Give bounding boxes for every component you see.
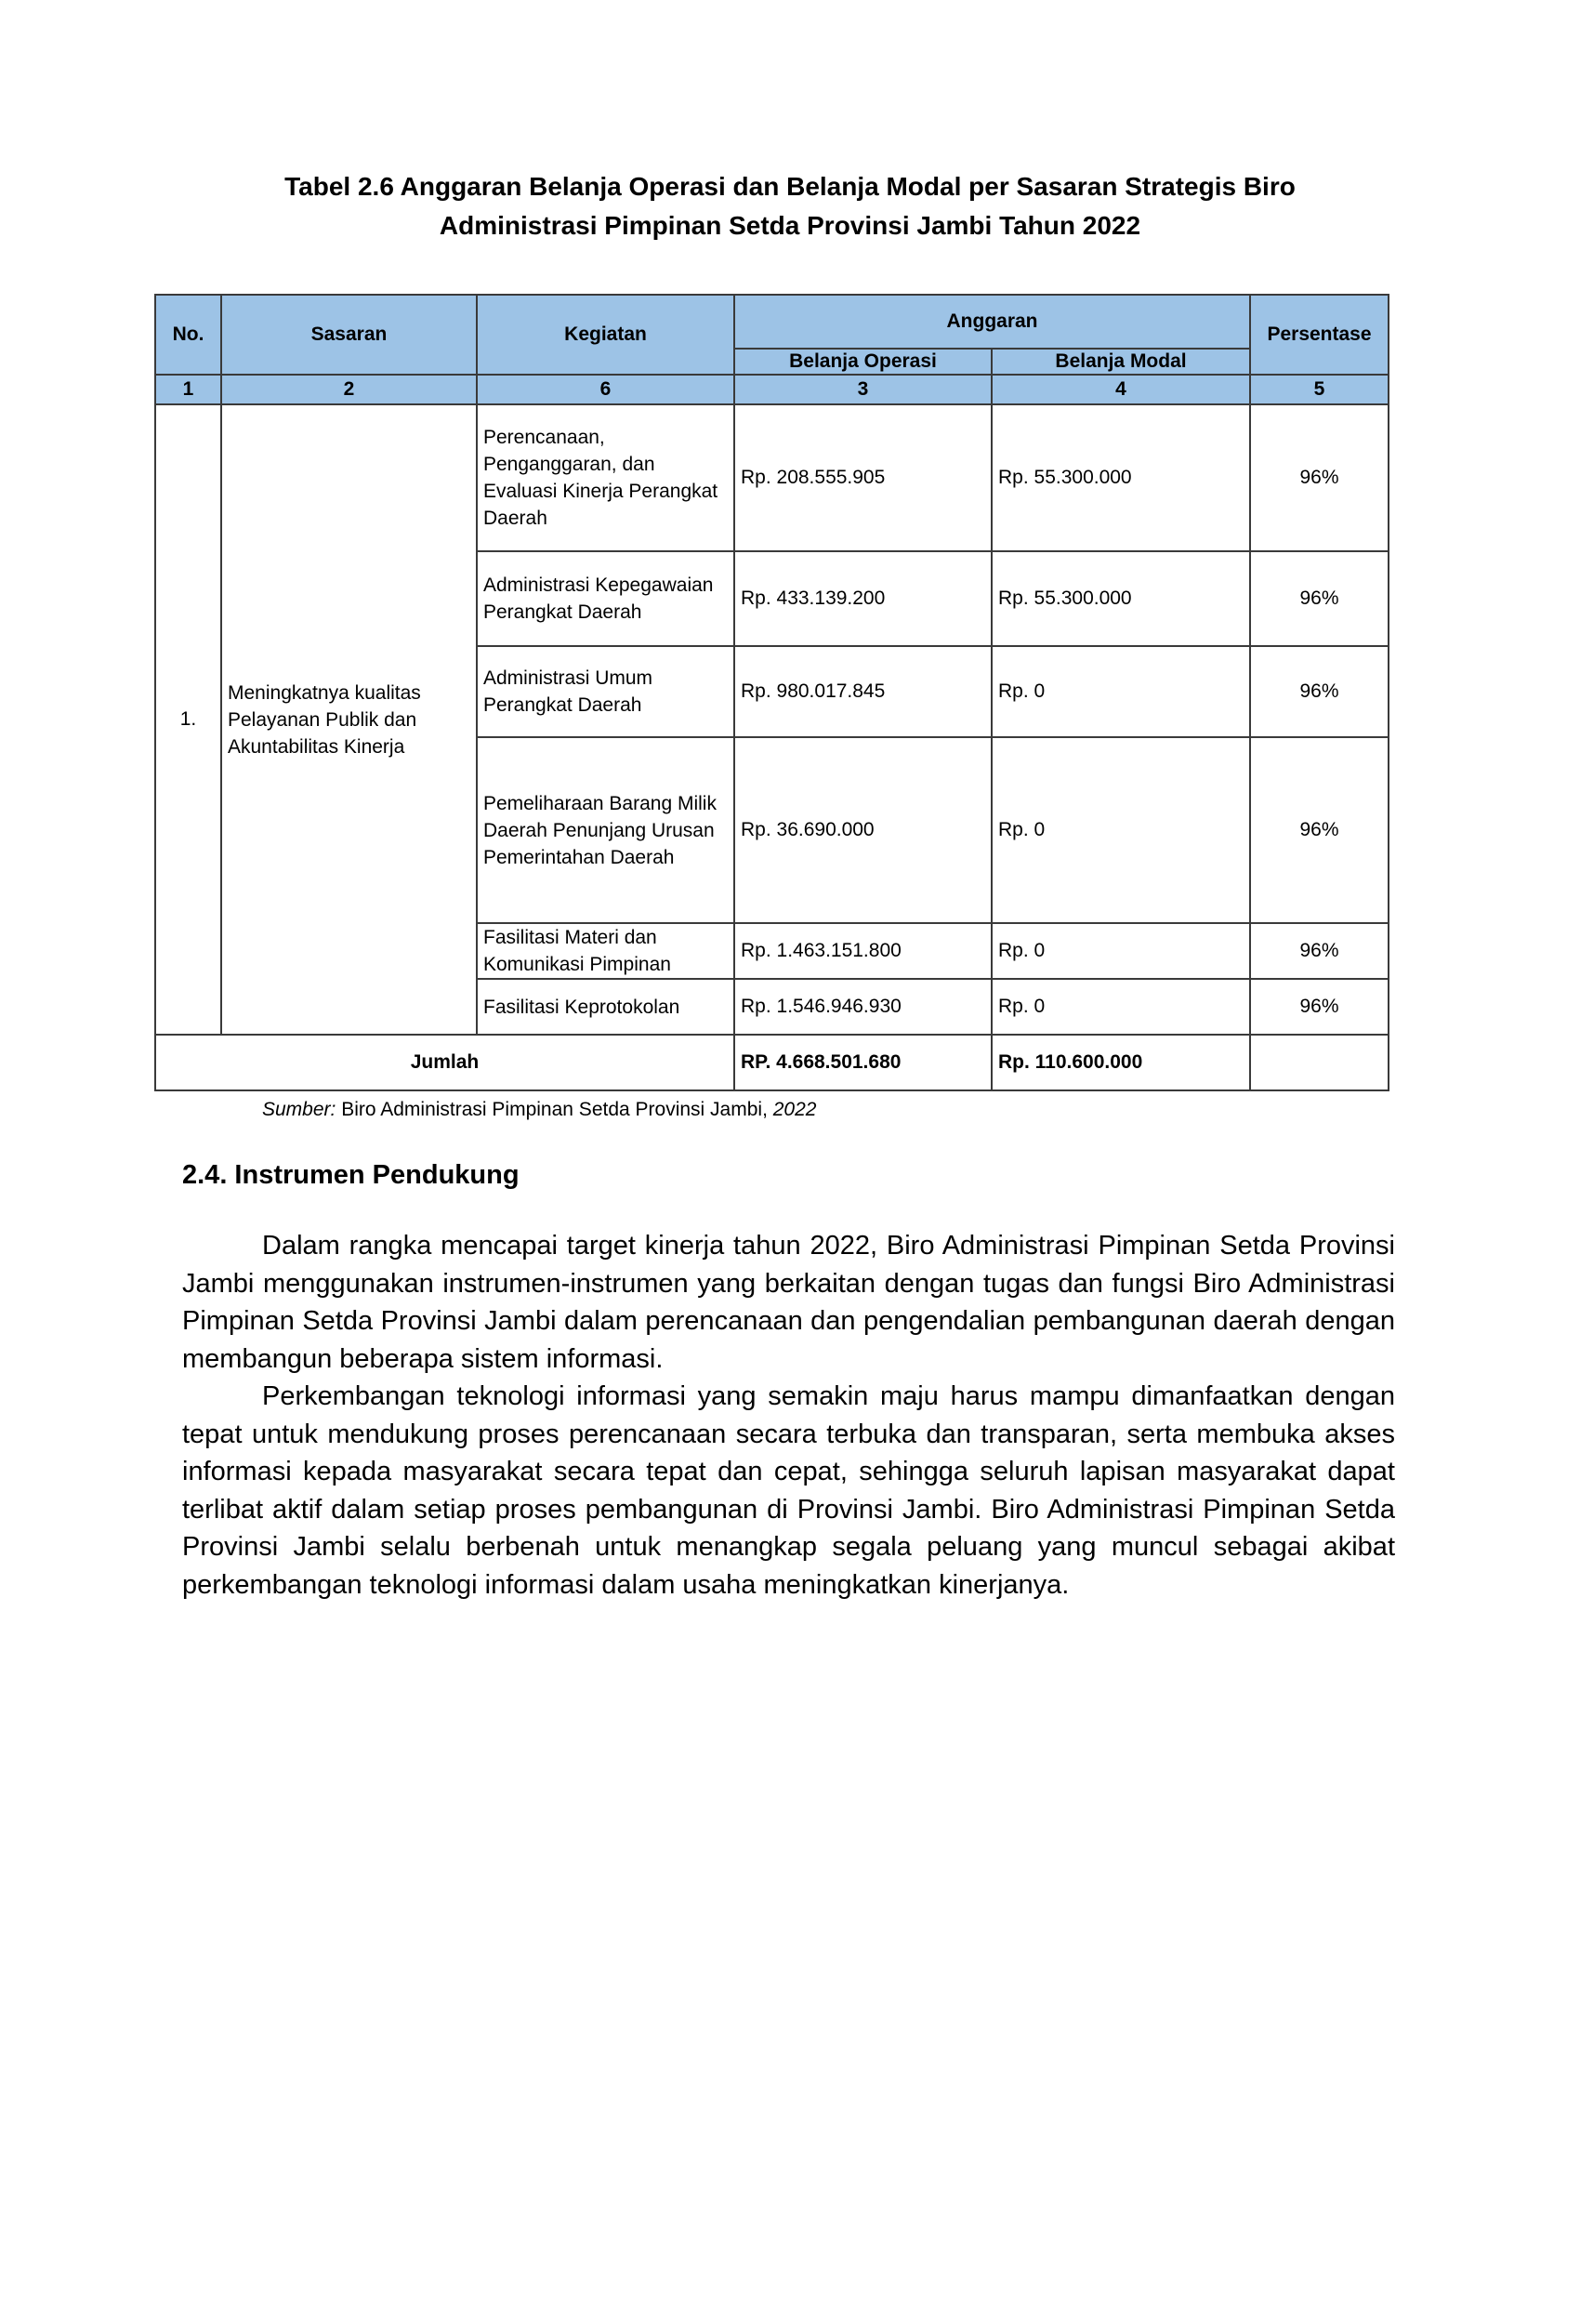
header-kegiatan: Kegiatan [477, 295, 734, 375]
belanja-operasi-cell: Rp. 36.690.000 [734, 737, 992, 923]
table-caption-line-1: Tabel 2.6 Anggaran Belanja Operasi dan B… [186, 167, 1394, 206]
belanja-operasi-cell: Rp. 1.546.946.930 [734, 979, 992, 1035]
total-persentase [1250, 1035, 1389, 1090]
column-number: 3 [734, 375, 992, 404]
section-heading: 2.4. Instrumen Pendukung [182, 1160, 520, 1191]
section-body: Dalam rangka mencapai target kinerja tah… [182, 1227, 1395, 1604]
belanja-operasi-cell: Rp. 208.555.905 [734, 404, 992, 551]
header-no: No. [155, 295, 221, 375]
kegiatan-cell: Administrasi Kepegawaian Perangkat Daera… [477, 551, 734, 646]
persentase-cell: 96% [1250, 551, 1389, 646]
table-row: 1. Meningkatnya kualitas Pelayanan Publi… [155, 404, 1389, 551]
belanja-modal-cell: Rp. 0 [992, 646, 1250, 737]
budget-table: No. Sasaran Kegiatan Anggaran Persentase… [154, 294, 1389, 1091]
table-caption-line-2: Administrasi Pimpinan Setda Provinsi Jam… [186, 206, 1394, 245]
belanja-operasi-cell: Rp. 433.139.200 [734, 551, 992, 646]
total-label: Jumlah [155, 1035, 734, 1090]
belanja-modal-cell: Rp. 0 [992, 979, 1250, 1035]
kegiatan-cell: Fasilitasi Materi dan Komunikasi Pimpina… [477, 923, 734, 979]
column-number: 2 [221, 375, 477, 404]
row-number: 1. [155, 404, 221, 1035]
source-year: 2022 [773, 1099, 817, 1120]
persentase-cell: 96% [1250, 923, 1389, 979]
total-row: Jumlah RP. 4.668.501.680 Rp. 110.600.000 [155, 1035, 1389, 1090]
belanja-operasi-cell: Rp. 980.017.845 [734, 646, 992, 737]
header-anggaran: Anggaran [734, 295, 1250, 349]
header-belanja-operasi: Belanja Operasi [734, 349, 992, 375]
total-belanja-operasi: RP. 4.668.501.680 [734, 1035, 992, 1090]
paragraph: Perkembangan teknologi informasi yang se… [182, 1378, 1395, 1604]
header-row: No. Sasaran Kegiatan Anggaran Persentase [155, 295, 1389, 349]
kegiatan-cell: Perencanaan, Penganggaran, dan Evaluasi … [477, 404, 734, 551]
belanja-modal-cell: Rp. 55.300.000 [992, 404, 1250, 551]
column-number: 1 [155, 375, 221, 404]
belanja-modal-cell: Rp. 0 [992, 923, 1250, 979]
belanja-modal-cell: Rp. 0 [992, 737, 1250, 923]
header-persentase: Persentase [1250, 295, 1389, 375]
total-belanja-modal: Rp. 110.600.000 [992, 1035, 1250, 1090]
belanja-operasi-cell: Rp. 1.463.151.800 [734, 923, 992, 979]
persentase-cell: 96% [1250, 646, 1389, 737]
header-sasaran: Sasaran [221, 295, 477, 375]
kegiatan-cell: Administrasi Umum Perangkat Daerah [477, 646, 734, 737]
belanja-modal-cell: Rp. 55.300.000 [992, 551, 1250, 646]
source-label: Sumber: [262, 1099, 336, 1120]
kegiatan-cell: Fasilitasi Keprotokolan [477, 979, 734, 1035]
kegiatan-cell: Pemeliharaan Barang Milik Daerah Penunja… [477, 737, 734, 923]
column-number: 4 [992, 375, 1250, 404]
column-number: 6 [477, 375, 734, 404]
persentase-cell: 96% [1250, 979, 1389, 1035]
persentase-cell: 96% [1250, 404, 1389, 551]
source-text: Biro Administrasi Pimpinan Setda Provins… [336, 1099, 772, 1120]
table-caption: Tabel 2.6 Anggaran Belanja Operasi dan B… [186, 167, 1394, 245]
column-number: 5 [1250, 375, 1389, 404]
paragraph: Dalam rangka mencapai target kinerja tah… [182, 1227, 1395, 1378]
column-number-row: 1 2 6 3 4 5 [155, 375, 1389, 404]
persentase-cell: 96% [1250, 737, 1389, 923]
header-belanja-modal: Belanja Modal [992, 349, 1250, 375]
sasaran-cell: Meningkatnya kualitas Pelayanan Publik d… [221, 404, 477, 1035]
table-source-note: Sumber: Biro Administrasi Pimpinan Setda… [262, 1099, 816, 1121]
